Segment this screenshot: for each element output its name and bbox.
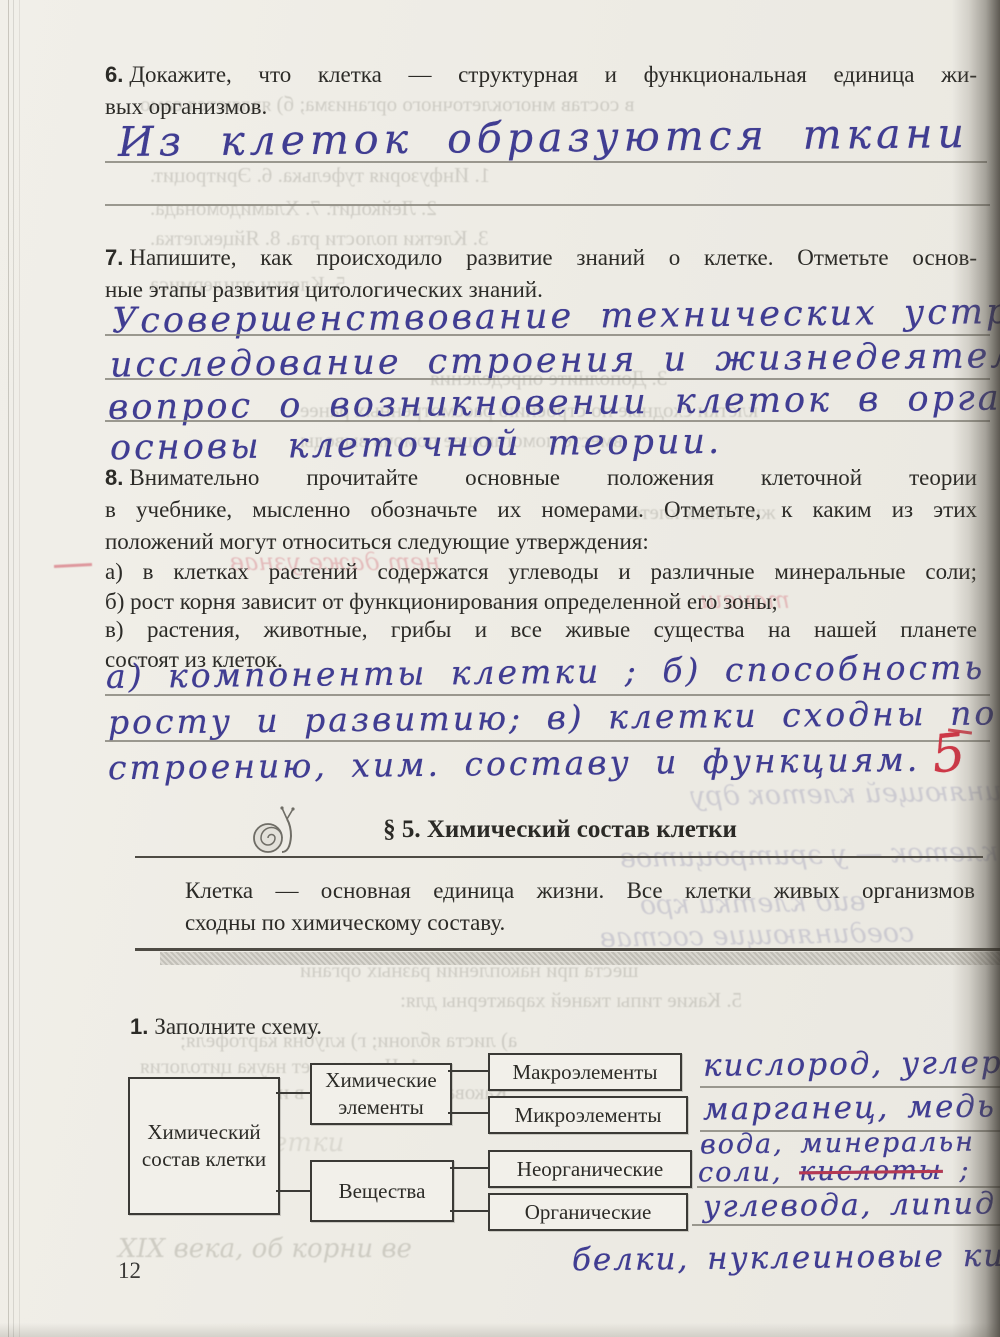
section-divider-bottom (135, 948, 1000, 951)
diagram-connector (450, 1167, 488, 1169)
diagram-box-substances: Вещества (310, 1160, 454, 1222)
book-spine-line (19, 0, 20, 1337)
book-spine-line (8, 0, 9, 1337)
workbook-page-scan: { "colors": {"ink_blue":"#403d92","mark_… (0, 0, 1000, 1337)
bleedthrough-text: 5. Какие типы тканей характерны для: (400, 988, 742, 1013)
ruled-line (105, 420, 990, 422)
section-intro-line1: Клетка — основная единица жизни. Все кле… (185, 876, 975, 906)
task-1-title: 1.Заполните схему. (130, 1012, 1000, 1042)
page-bottom-shadow (0, 1323, 1000, 1337)
diagram-box-root: Химический состав клетки (128, 1077, 280, 1215)
diagram-connector (448, 1112, 488, 1114)
red-struck-word: кислоты (799, 1155, 943, 1188)
task-1-number: 1. (130, 1014, 154, 1039)
handwritten-answer-q8-line1: а) компоненты клетки ; б) способность к (106, 647, 1000, 696)
page-edge-shadow (952, 0, 1000, 1337)
question-8-item-a: а) в клетках растений содержатся углевод… (105, 557, 977, 587)
question-7-line1: 7.Напишите, как происходило развитие зна… (105, 243, 977, 273)
bleedthrough-text: 1. Инфузория туфелька. 6. Эритроцит. (150, 163, 490, 188)
handwritten-answer-q8-line2: росту и развитию; в) клетки сходны по (108, 693, 998, 741)
diagram-connector (276, 1092, 310, 1094)
scan-shadow-band (160, 952, 1000, 965)
handwritten-schema-organic-line2: белки, нуклеиновые ки (572, 1238, 1000, 1279)
section-intro-line2: сходны по химическому составу. (185, 908, 975, 938)
bleedthrough-text: 2. Лейкоцит. 7. Хламидомонада. (150, 196, 437, 221)
question-8-number: 8. (105, 465, 129, 490)
diagram-box-macroelements: Макроэлементы (488, 1053, 682, 1091)
question-8-line2: в учебнике, мысленно обозначьте их номер… (105, 495, 977, 525)
pencil-ghost: XIX века, об корни ве (118, 1234, 412, 1264)
book-spine-line (13, 0, 14, 1337)
question-6-line1: 6.Докажите, что клетка — структурная и ф… (105, 60, 977, 90)
diagram-box-chemical-elements: Химические элементы (310, 1063, 452, 1125)
question-8-item-c-line1: в) растения, животные, грибы и все живые… (105, 615, 977, 645)
diagram-box-organic: Органические (488, 1193, 688, 1231)
ruled-line (105, 204, 990, 206)
page-number: 12 (118, 1258, 141, 1284)
question-6-number: 6. (105, 62, 129, 87)
diagram-connector (276, 1190, 310, 1192)
section-divider-top (135, 856, 983, 858)
handwritten-schema-inorganic-line2: соли, кислоты ; (698, 1155, 971, 1189)
question-8-item-b: б) рост корня зависит от функционировани… (105, 587, 977, 617)
snail-icon (246, 802, 302, 858)
diagram-connector (448, 1070, 488, 1072)
diagram-box-inorganic: Неорганические (488, 1150, 692, 1188)
ruled-line (105, 161, 987, 163)
diagram-box-microelements: Микроэлементы (488, 1096, 688, 1134)
question-8-line3: положений могут относиться следующие утв… (105, 527, 977, 557)
ruled-line (105, 334, 990, 336)
red-margin-dash (54, 563, 92, 568)
question-7-number: 7. (105, 245, 129, 270)
question-8-line1: 8.Внимательно прочитайте основные положе… (105, 463, 977, 493)
diagram-connector (450, 1210, 488, 1212)
handwritten-answer-q7-line4: основы клеточной теории. (110, 422, 723, 468)
